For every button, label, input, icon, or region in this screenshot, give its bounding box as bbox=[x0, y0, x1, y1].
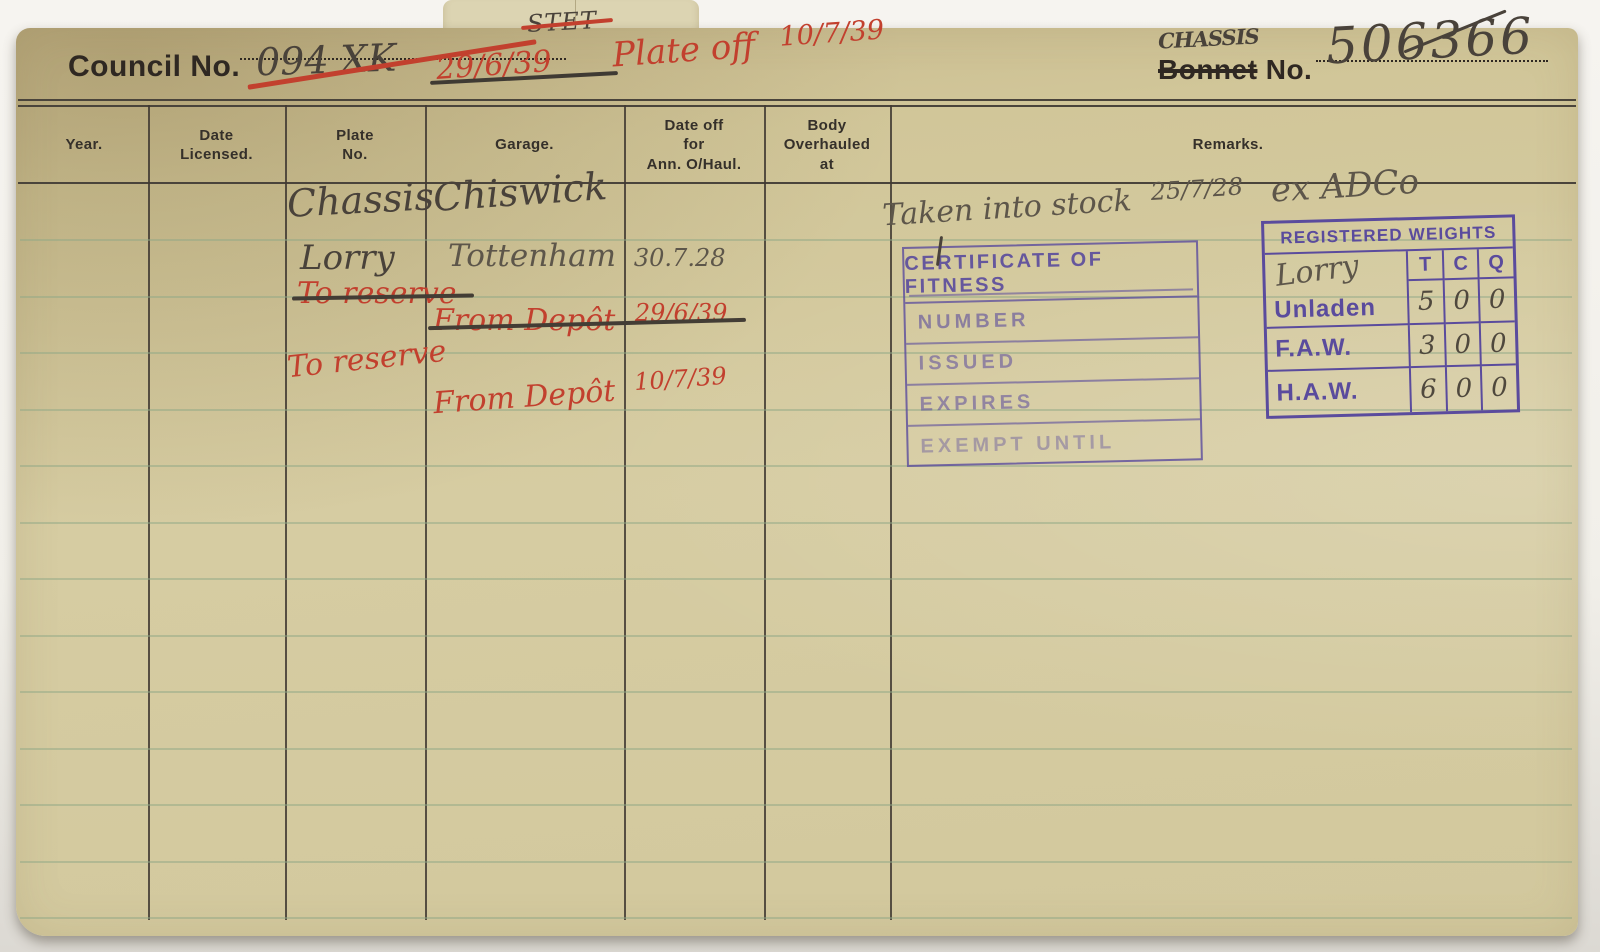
no-word: No. bbox=[1266, 54, 1313, 85]
weights-unit-q-label: Q bbox=[1488, 251, 1504, 274]
weights-row1-t: 5 bbox=[1409, 280, 1446, 325]
weights-row1-label: Unladen bbox=[1274, 294, 1376, 325]
entry-row1-plate: Chassis bbox=[286, 174, 435, 226]
bonnet-word-struck: Bonnet bbox=[1158, 54, 1257, 85]
weights-row3-label-cell: H.A.W. bbox=[1268, 368, 1412, 416]
weights-stamp-grid: Unladen Lorry T C Q 5 0 0 F.A.W. 3 0 0 H… bbox=[1265, 248, 1517, 415]
column-header-year: Year. bbox=[20, 108, 148, 182]
bonnet-no-label: Bonnet No. bbox=[1158, 54, 1312, 86]
weights-row2-t: 3 bbox=[1410, 324, 1447, 368]
column-divider-4 bbox=[624, 105, 626, 920]
weights-row2-label: F.A.W. bbox=[1275, 333, 1352, 363]
weights-vehicle-note: Lorry bbox=[1273, 248, 1360, 294]
ruled-line bbox=[20, 635, 1572, 637]
fitness-stamp-title-row: CERTIFICATE OF FITNESS bbox=[904, 242, 1197, 304]
header-top-rule-1 bbox=[18, 99, 1576, 101]
weights-row3-q-value: 0 bbox=[1491, 373, 1508, 403]
fitness-field-number: NUMBER bbox=[905, 297, 1198, 345]
weights-row2-c: 0 bbox=[1446, 323, 1482, 367]
ruled-line bbox=[20, 917, 1572, 919]
entry-depot1-text: From Depôt bbox=[433, 303, 615, 338]
weights-row3-q: 0 bbox=[1482, 365, 1517, 410]
ruled-line bbox=[20, 578, 1572, 580]
chassis-correction: CHASSIS bbox=[1157, 23, 1259, 53]
weights-row1-t-value: 5 bbox=[1417, 286, 1434, 316]
ruled-line bbox=[20, 691, 1572, 693]
weights-row3-label: H.A.W. bbox=[1276, 378, 1359, 408]
column-divider-3 bbox=[425, 105, 427, 920]
column-header-date-licensed: Date Licensed. bbox=[148, 108, 285, 182]
ruled-line bbox=[20, 861, 1572, 863]
weights-row1-q: 0 bbox=[1480, 278, 1515, 323]
entry-row2-date: 30.7.28 bbox=[634, 244, 726, 272]
weights-row1-c-value: 0 bbox=[1453, 286, 1470, 316]
weights-row3-c: 0 bbox=[1447, 366, 1483, 411]
column-divider-5 bbox=[764, 105, 766, 920]
weights-row2-c-value: 0 bbox=[1454, 329, 1471, 359]
fitness-field-issued-label: ISSUED bbox=[918, 350, 1017, 375]
fitness-field-number-label: NUMBER bbox=[917, 309, 1029, 335]
weights-row2-q: 0 bbox=[1481, 322, 1516, 366]
registered-weights-stamp: REGISTERED WEIGHTS Unladen Lorry T C Q 5… bbox=[1261, 214, 1520, 419]
weights-row3-c-value: 0 bbox=[1455, 374, 1472, 404]
weights-unit-c-label: C bbox=[1453, 252, 1468, 275]
weights-row1-c: 0 bbox=[1445, 279, 1481, 324]
entry-row2-garage-name: Tottenham bbox=[448, 238, 616, 274]
weights-row2-label-cell: F.A.W. bbox=[1267, 325, 1411, 372]
council-no-value: 094 XK bbox=[255, 36, 397, 85]
ruled-line bbox=[20, 804, 1572, 806]
ruled-line bbox=[20, 522, 1572, 524]
weights-unit-q: Q bbox=[1479, 248, 1514, 279]
entry-row2-plate: Lorry bbox=[300, 238, 395, 278]
fitness-field-exempt-label: EXEMPT UNTIL bbox=[920, 431, 1115, 458]
header-top-rule-2 bbox=[18, 105, 1576, 107]
weights-unit-t-label: T bbox=[1419, 253, 1432, 276]
weights-row2-q-value: 0 bbox=[1490, 328, 1507, 358]
column-header-date-off: Date off for Ann. O/Haul. bbox=[624, 108, 764, 182]
fitness-field-exempt: EXEMPT UNTIL bbox=[908, 420, 1201, 468]
weights-row3-t-value: 6 bbox=[1420, 374, 1437, 404]
entry-row2-garage: Tottenham 30.7.28 bbox=[448, 238, 725, 274]
weights-row1-q-value: 0 bbox=[1488, 285, 1505, 315]
council-no-label: Council No. bbox=[68, 50, 240, 84]
column-header-body-overhauled: Body Overhauled at bbox=[764, 108, 890, 182]
entry-depot2-date: 10/7/39 bbox=[633, 362, 727, 396]
entry-remark-date: 25/7/28 bbox=[1150, 172, 1244, 206]
fitness-field-expires: EXPIRES bbox=[907, 379, 1200, 427]
weights-unit-c: C bbox=[1444, 249, 1480, 280]
column-header-remarks: Remarks. bbox=[890, 108, 1566, 182]
weights-row2-t-value: 3 bbox=[1419, 330, 1436, 360]
fitness-field-issued: ISSUED bbox=[906, 338, 1199, 386]
column-divider-1 bbox=[148, 105, 150, 920]
column-header-plate-no: Plate No. bbox=[285, 108, 425, 182]
ruled-line bbox=[20, 465, 1572, 467]
fitness-field-expires-label: EXPIRES bbox=[919, 391, 1034, 417]
weights-unit-t: T bbox=[1408, 250, 1445, 281]
weights-row3-t: 6 bbox=[1411, 367, 1448, 412]
weights-unladen-cell: Unladen Lorry bbox=[1265, 251, 1410, 329]
ruled-line bbox=[20, 748, 1572, 750]
column-divider-2 bbox=[285, 105, 287, 920]
plate-off-date: 10/7/39 bbox=[778, 15, 885, 53]
photo-background: Council No. 094 XK 29/6/39 STET Plate of… bbox=[0, 0, 1600, 952]
certificate-of-fitness-stamp: CERTIFICATE OF FITNESS NUMBER ISSUED EXP… bbox=[902, 240, 1203, 467]
